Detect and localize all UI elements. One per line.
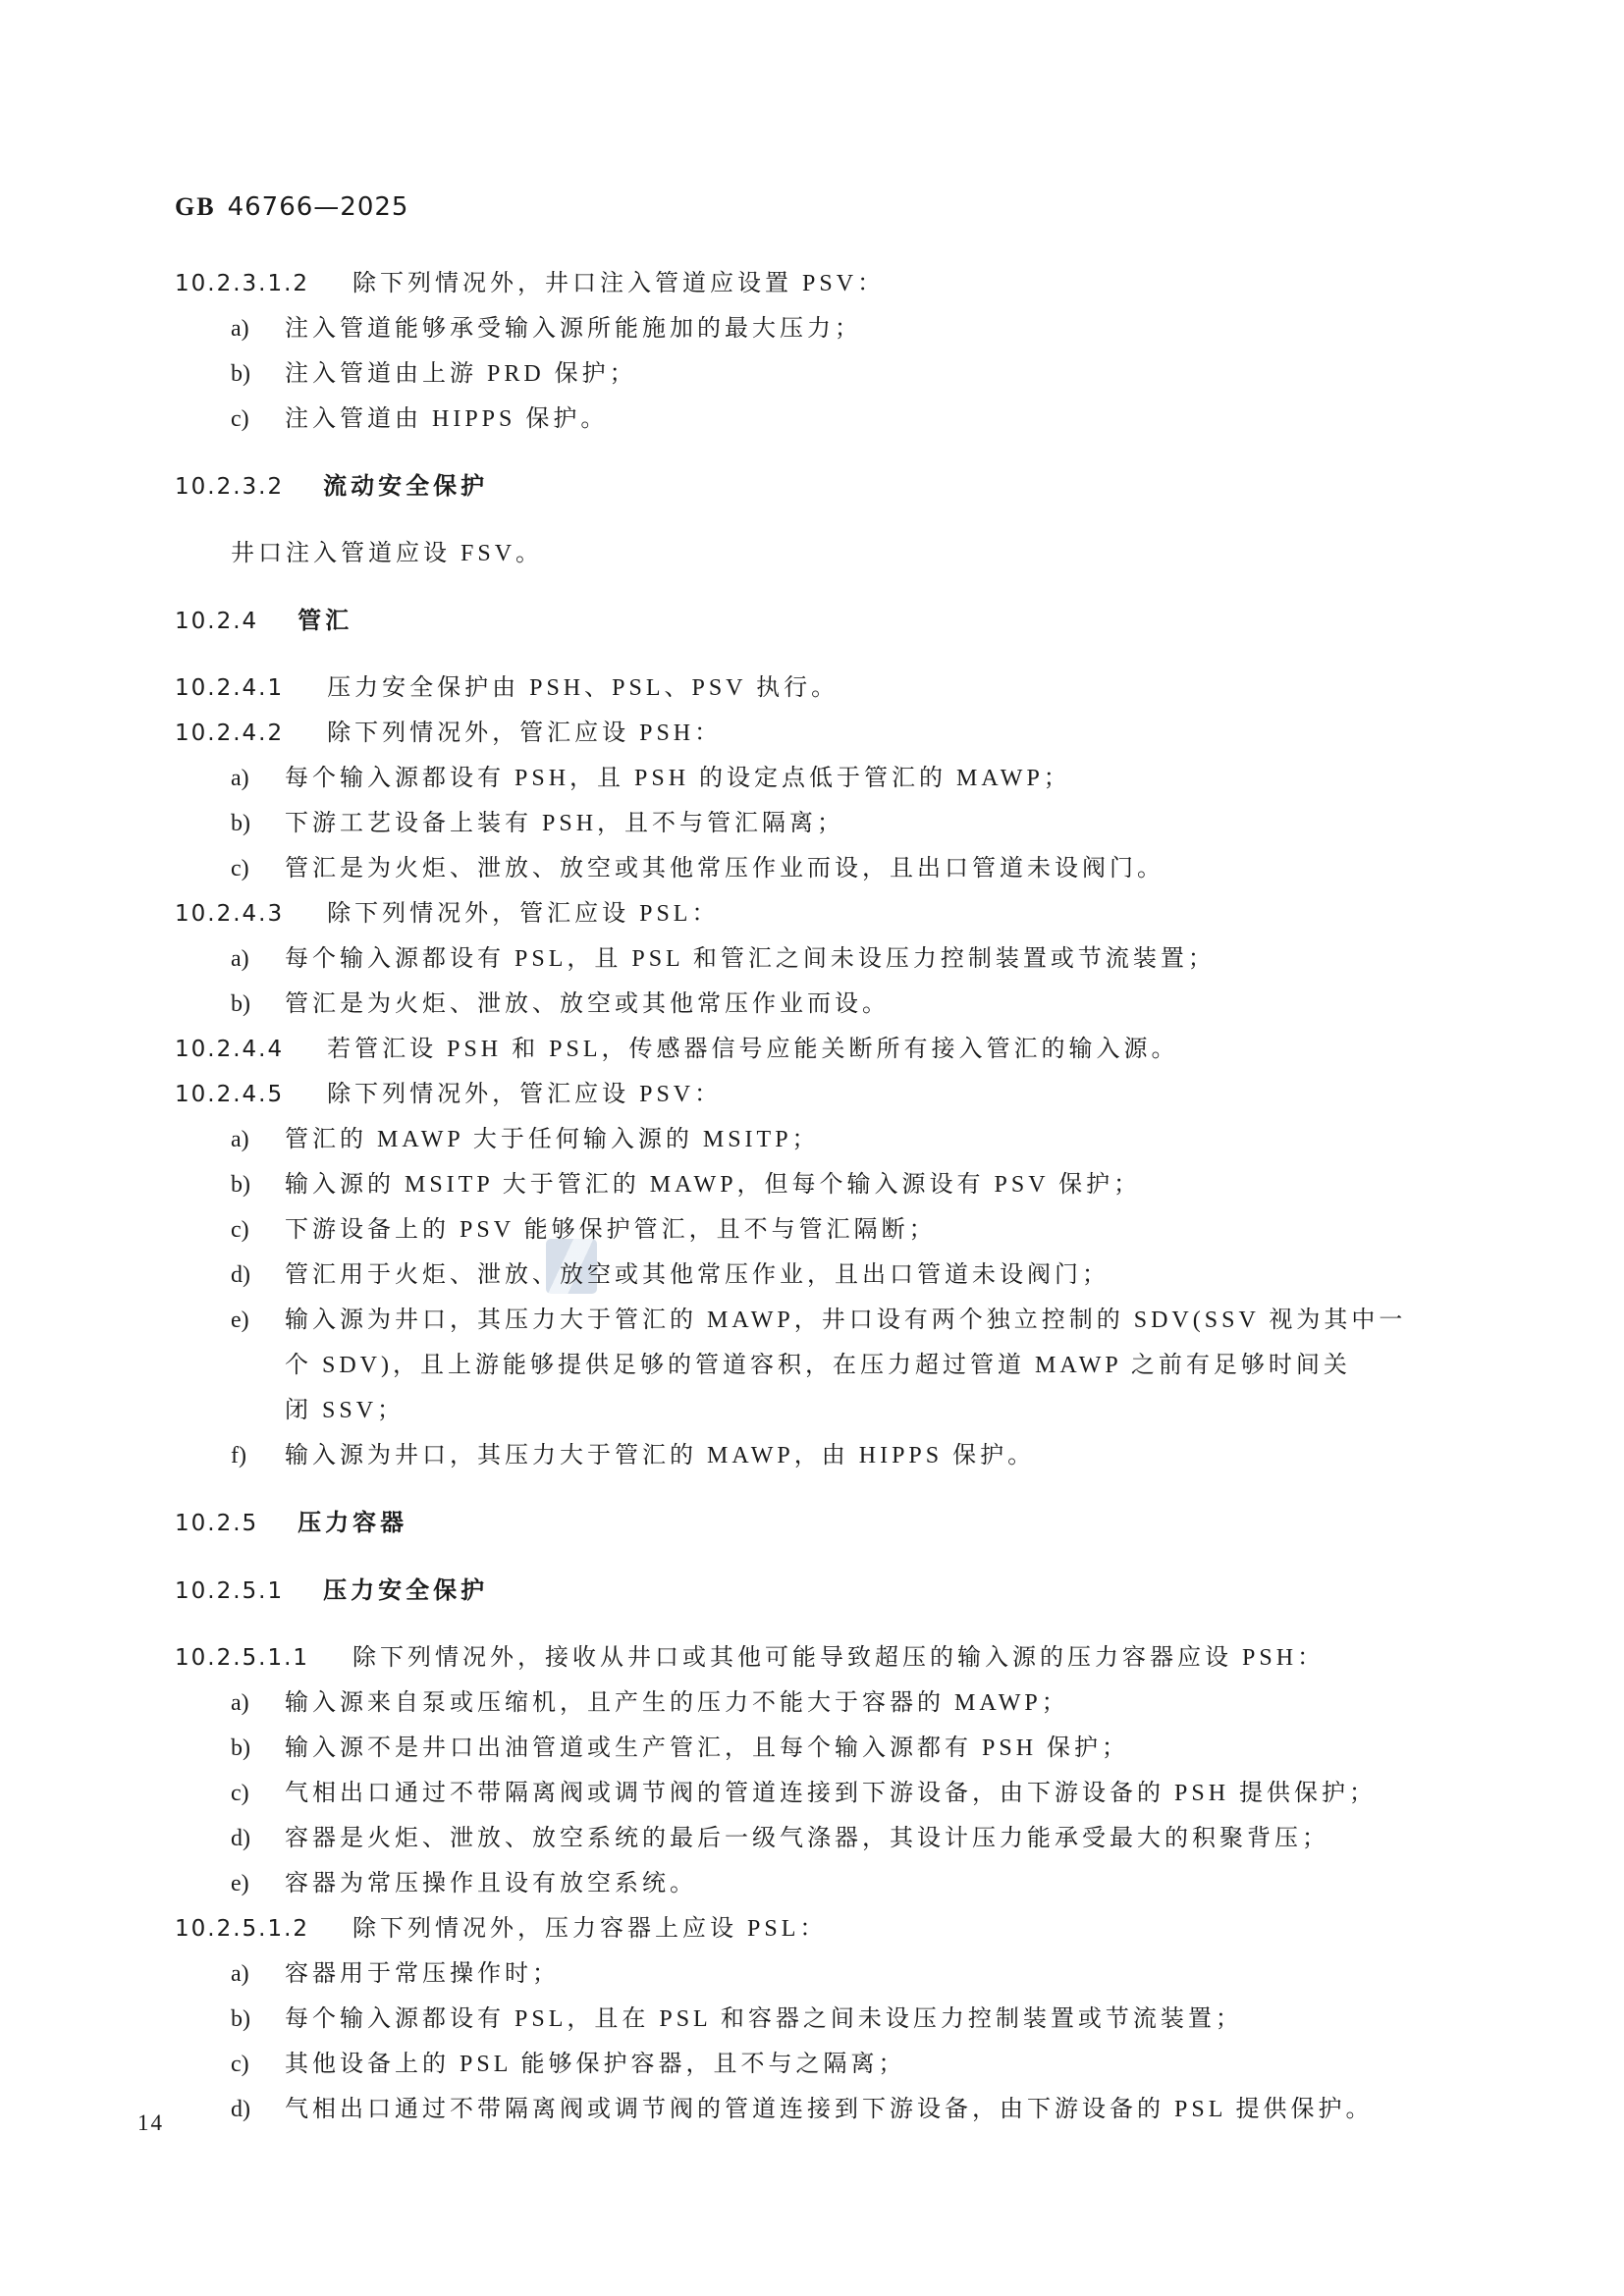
indent-paragraph: 井口注入管道应设 FSV。 xyxy=(231,531,1477,576)
list-item: b)下游工艺设备上装有 PSH，且不与管汇隔离； xyxy=(231,801,1477,846)
clause-text: 除下列情况外，管汇应设 PSH： xyxy=(327,711,722,756)
list-item: b)输入源的 MSITP 大于管汇的 MAWP，但每个输入源设有 PSV 保护； xyxy=(231,1162,1477,1207)
item-text: 气相出口通过不带隔离阀或调节阀的管道连接到下游设备，由下游设备的 PSH 提供保… xyxy=(285,1771,1377,1816)
list-item: a)容器用于常压操作时； xyxy=(231,1951,1477,1997)
heading-title: 流动安全保护 xyxy=(323,463,488,508)
list-item: b)管汇是为火炬、泄放、放空或其他常压作业而设。 xyxy=(231,982,1477,1027)
heading-title: 压力容器 xyxy=(298,1500,407,1545)
clause-paragraph: 10.2.5.1.2除下列情况外，压力容器上应设 PSL： xyxy=(175,1906,1477,1951)
list-item: d)容器是火炬、泄放、放空系统的最后一级气涤器，其设计压力能承受最大的积聚背压； xyxy=(231,1816,1477,1861)
item-letter: a) xyxy=(231,1117,285,1162)
list-item: b)每个输入源都设有 PSL，且在 PSL 和容器之间未设压力控制装置或节流装置… xyxy=(231,1997,1477,2042)
item-letter: a) xyxy=(231,756,285,801)
item-text: 注入管道能够承受输入源所能施加的最大压力； xyxy=(285,306,862,351)
clause-paragraph: 10.2.4.1压力安全保护由 PSH、PSL、PSV 执行。 xyxy=(175,666,1477,711)
item-text: 输入源为井口，其压力大于管汇的 MAWP，井口设有两个独立控制的 SDV(SSV… xyxy=(285,1298,1406,1433)
item-text: 输入源为井口，其压力大于管汇的 MAWP，由 HIPPS 保护。 xyxy=(285,1433,1035,1478)
item-letter: a) xyxy=(231,1951,285,1997)
item-letter: e) xyxy=(231,1298,285,1343)
clause-number: 10.2.4.5 xyxy=(175,1072,284,1117)
clause-paragraph: 10.2.4.3除下列情况外，管汇应设 PSL： xyxy=(175,891,1477,936)
clause-text: 压力安全保护由 PSH、PSL、PSV 执行。 xyxy=(327,666,839,711)
list-item: e)容器为常压操作且设有放空系统。 xyxy=(231,1861,1477,1906)
item-text: 输入源来自泵或压缩机，且产生的压力不能大于容器的 MAWP； xyxy=(285,1681,1069,1726)
item-letter: c) xyxy=(231,2042,285,2087)
list-item: d)气相出口通过不带隔离阀或调节阀的管道连接到下游设备，由下游设备的 PSL 提… xyxy=(231,2087,1477,2132)
item-letter: f) xyxy=(231,1433,285,1478)
item-letter: a) xyxy=(231,306,285,351)
clause-paragraph: 10.2.4.2除下列情况外，管汇应设 PSH： xyxy=(175,711,1477,756)
item-text: 其他设备上的 PSL 能够保护容器，且不与之隔离； xyxy=(285,2042,905,2087)
item-letter: a) xyxy=(231,936,285,982)
clause-number: 10.2.4.2 xyxy=(175,711,284,756)
item-text: 管汇是为火炬、泄放、放空或其他常压作业而设，且出口管道未设阀门。 xyxy=(285,846,1164,891)
clause-number: 10.2.4.1 xyxy=(175,666,284,711)
clause-text: 除下列情况外，接收从井口或其他可能导致超压的输入源的压力容器应设 PSH： xyxy=(352,1635,1325,1681)
item-text: 容器为常压操作且设有放空系统。 xyxy=(285,1861,697,1906)
document-page: GB46766—2025 10.2.3.1.2除下列情况外，井口注入管道应设置 … xyxy=(0,0,1624,2296)
item-letter: b) xyxy=(231,1162,285,1207)
section-heading: 10.2.5.1压力安全保护 xyxy=(175,1568,1477,1614)
item-letter: d) xyxy=(231,2087,285,2132)
item-text: 注入管道由 HIPPS 保护。 xyxy=(285,397,608,442)
list-item: a)注入管道能够承受输入源所能施加的最大压力； xyxy=(231,306,1477,351)
item-text: 下游设备上的 PSV 能够保护管汇，且不与管汇隔断； xyxy=(285,1207,937,1253)
item-text: 每个输入源都设有 PSL，且在 PSL 和容器之间未设压力控制装置或节流装置； xyxy=(285,1997,1243,2042)
list-item: e)输入源为井口，其压力大于管汇的 MAWP，井口设有两个独立控制的 SDV(S… xyxy=(231,1298,1477,1433)
item-text: 输入源不是井口出油管道或生产管汇，且每个输入源都有 PSH 保护； xyxy=(285,1726,1129,1771)
list-item: c)气相出口通过不带隔离阀或调节阀的管道连接到下游设备，由下游设备的 PSH 提… xyxy=(231,1771,1477,1816)
item-text: 输入源的 MSITP 大于管汇的 MAWP，但每个输入源设有 PSV 保护； xyxy=(285,1162,1141,1207)
clause-text: 除下列情况外，管汇应设 PSV： xyxy=(327,1072,722,1117)
page-number: 14 xyxy=(137,2110,164,2136)
clause-number: 10.2.3.1.2 xyxy=(175,261,309,306)
heading-number: 10.2.5.1 xyxy=(175,1569,284,1614)
list-item: a)管汇的 MAWP 大于任何输入源的 MSITP； xyxy=(231,1117,1477,1162)
list-item: d)管汇用于火炬、泄放、放空或其他常压作业，且出口管道未设阀门； xyxy=(231,1253,1477,1298)
clause-text: 除下列情况外，压力容器上应设 PSL： xyxy=(352,1906,827,1951)
clause-paragraph: 10.2.3.1.2除下列情况外，井口注入管道应设置 PSV： xyxy=(175,261,1477,306)
standard-prefix: GB xyxy=(175,192,216,221)
document-header: GB46766—2025 xyxy=(175,192,408,222)
item-letter: b) xyxy=(231,982,285,1027)
item-text: 注入管道由上游 PRD 保护； xyxy=(285,351,637,397)
list-item: c)其他设备上的 PSL 能够保护容器，且不与之隔离； xyxy=(231,2042,1477,2087)
item-letter: b) xyxy=(231,351,285,397)
clause-paragraph: 10.2.4.5除下列情况外，管汇应设 PSV： xyxy=(175,1072,1477,1117)
list-item: f)输入源为井口，其压力大于管汇的 MAWP，由 HIPPS 保护。 xyxy=(231,1433,1477,1478)
section-heading: 10.2.4管汇 xyxy=(175,598,1477,644)
clause-number: 10.2.4.4 xyxy=(175,1027,284,1072)
content-area: 10.2.3.1.2除下列情况外，井口注入管道应设置 PSV：a)注入管道能够承… xyxy=(175,261,1477,2132)
item-letter: b) xyxy=(231,1997,285,2042)
clause-number: 10.2.5.1.2 xyxy=(175,1906,309,1951)
item-letter: e) xyxy=(231,1861,285,1906)
item-letter: d) xyxy=(231,1253,285,1298)
item-letter: c) xyxy=(231,1207,285,1253)
list-item: c)注入管道由 HIPPS 保护。 xyxy=(231,397,1477,442)
clause-text: 除下列情况外，管汇应设 PSL： xyxy=(327,891,719,936)
heading-title: 压力安全保护 xyxy=(323,1568,488,1613)
list-item: c)管汇是为火炬、泄放、放空或其他常压作业而设，且出口管道未设阀门。 xyxy=(231,846,1477,891)
item-letter: c) xyxy=(231,846,285,891)
item-text: 管汇的 MAWP 大于任何输入源的 MSITP； xyxy=(285,1117,820,1162)
heading-number: 10.2.3.2 xyxy=(175,464,284,509)
clause-paragraph: 10.2.5.1.1除下列情况外，接收从井口或其他可能导致超压的输入源的压力容器… xyxy=(175,1635,1477,1681)
item-text: 每个输入源都设有 PSL，且 PSL 和管汇之间未设压力控制装置或节流装置； xyxy=(285,936,1216,982)
item-letter: b) xyxy=(231,801,285,846)
item-text: 容器是火炬、泄放、放空系统的最后一级气涤器，其设计压力能承受最大的积聚背压； xyxy=(285,1816,1329,1861)
list-item: c)下游设备上的 PSV 能够保护管汇，且不与管汇隔断； xyxy=(231,1207,1477,1253)
standard-code: 46766—2025 xyxy=(228,192,409,222)
item-letter: c) xyxy=(231,1771,285,1816)
list-item: b)注入管道由上游 PRD 保护； xyxy=(231,351,1477,397)
clause-text: 若管汇设 PSH 和 PSL，传感器信号应能关断所有接入管汇的输入源。 xyxy=(327,1027,1178,1072)
item-text: 管汇是为火炬、泄放、放空或其他常压作业而设。 xyxy=(285,982,890,1027)
list-item: a)每个输入源都设有 PSH，且 PSH 的设定点低于管汇的 MAWP； xyxy=(231,756,1477,801)
item-letter: b) xyxy=(231,1726,285,1771)
heading-title: 管汇 xyxy=(298,598,352,643)
item-text: 下游工艺设备上装有 PSH，且不与管汇隔离； xyxy=(285,801,844,846)
item-text: 气相出口通过不带隔离阀或调节阀的管道连接到下游设备，由下游设备的 PSL 提供保… xyxy=(285,2087,1373,2132)
item-letter: d) xyxy=(231,1816,285,1861)
clause-number: 10.2.5.1.1 xyxy=(175,1635,309,1681)
clause-text: 除下列情况外，井口注入管道应设置 PSV： xyxy=(352,261,885,306)
list-item: a)每个输入源都设有 PSL，且 PSL 和管汇之间未设压力控制装置或节流装置； xyxy=(231,936,1477,982)
list-item: a)输入源来自泵或压缩机，且产生的压力不能大于容器的 MAWP； xyxy=(231,1681,1477,1726)
list-item: b)输入源不是井口出油管道或生产管汇，且每个输入源都有 PSH 保护； xyxy=(231,1726,1477,1771)
clause-paragraph: 10.2.4.4若管汇设 PSH 和 PSL，传感器信号应能关断所有接入管汇的输… xyxy=(175,1027,1477,1072)
item-letter: a) xyxy=(231,1681,285,1726)
item-text: 管汇用于火炬、泄放、放空或其他常压作业，且出口管道未设阀门； xyxy=(285,1253,1110,1298)
clause-number: 10.2.4.3 xyxy=(175,891,284,936)
section-heading: 10.2.5压力容器 xyxy=(175,1500,1477,1546)
heading-number: 10.2.5 xyxy=(175,1501,258,1546)
heading-number: 10.2.4 xyxy=(175,599,258,644)
item-text: 容器用于常压操作时； xyxy=(285,1951,560,1997)
item-letter: c) xyxy=(231,397,285,442)
section-heading: 10.2.3.2流动安全保护 xyxy=(175,463,1477,509)
item-text: 每个输入源都设有 PSH，且 PSH 的设定点低于管汇的 MAWP； xyxy=(285,756,1071,801)
